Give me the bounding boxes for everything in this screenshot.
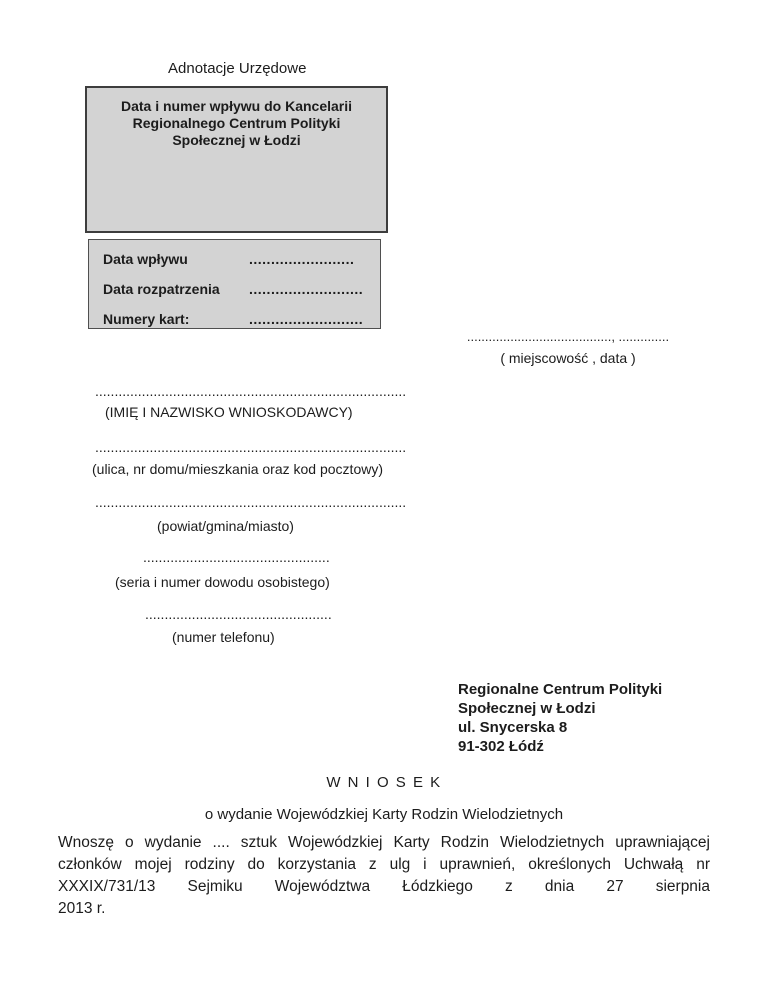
phone-caption: (numer telefonu) (172, 629, 275, 645)
address-blank-line: ........................................… (95, 439, 406, 455)
address-caption: (ulica, nr domu/mieszkania oraz kod pocz… (92, 461, 383, 477)
dates-box: Data wpływu ........................ Dat… (88, 239, 381, 329)
recipient-address-line: 91-302 Łódź (458, 737, 662, 756)
body-paragraph: Wnoszę o wydanie .... sztuk Wojewódzkiej… (58, 832, 710, 920)
applicant-name-blank-line: ........................................… (95, 383, 406, 399)
place-date-caption: ( miejscowość , data ) (447, 350, 689, 366)
phone-blank-line: ........................................… (145, 606, 332, 622)
dates-row-blank: .......................... (249, 311, 363, 341)
document-page: Adnotacje Urzędowe Data i numer wpływu d… (0, 0, 768, 994)
district-caption: (powiat/gmina/miasto) (157, 518, 294, 534)
document-subtitle: o wydanie Wojewódzkiej Karty Rodzin Wiel… (0, 806, 768, 823)
document-title: W N I O S E K (0, 774, 768, 791)
dates-row-label: Numery kart: (103, 311, 249, 341)
office-stamp-box: Data i numer wpływu do Kancelarii Region… (85, 86, 388, 233)
applicant-name-caption: (IMIĘ I NAZWISKO WNIOSKODAWCY) (105, 404, 353, 420)
recipient-address-line: Społecznej w Łodzi (458, 699, 662, 718)
recipient-address-line: ul. Snycerska 8 (458, 718, 662, 737)
dates-row-blank: ........................ (249, 251, 354, 281)
place-date-blank-line: ........................................… (447, 329, 689, 344)
place-date-block: ........................................… (447, 329, 689, 366)
dates-row-numery-kart: Numery kart: .......................... (103, 311, 380, 341)
stamp-box-title-line: Społecznej w Łodzi (87, 132, 386, 149)
dates-row-data-wplywu: Data wpływu ........................ (103, 251, 380, 281)
dates-row-label: Data wpływu (103, 251, 249, 281)
dates-row-label: Data rozpatrzenia (103, 281, 249, 311)
body-paragraph-line: 2013 r. (58, 898, 710, 920)
id-number-blank-line: ........................................… (143, 549, 330, 565)
annotations-label: Adnotacje Urzędowe (168, 60, 306, 77)
dates-row-blank: .......................... (249, 281, 363, 311)
stamp-box-title: Data i numer wpływu do Kancelarii Region… (87, 98, 386, 149)
recipient-address-block: Regionalne Centrum Polityki Społecznej w… (458, 680, 662, 756)
recipient-address-line: Regionalne Centrum Polityki (458, 680, 662, 699)
body-paragraph-line: Wnoszę o wydanie .... sztuk Wojewódzkiej… (58, 832, 710, 854)
stamp-box-title-line: Data i numer wpływu do Kancelarii (87, 98, 386, 115)
district-blank-line: ........................................… (95, 494, 406, 510)
id-number-caption: (seria i numer dowodu osobistego) (115, 574, 330, 590)
dates-row-data-rozpatrzenia: Data rozpatrzenia ......................… (103, 281, 380, 311)
body-paragraph-line: członków mojej rodziny do korzystania z … (58, 854, 710, 876)
body-paragraph-line: XXXIX/731/13 Sejmiku Województwa Łódzkie… (58, 876, 710, 898)
stamp-box-title-line: Regionalnego Centrum Polityki (87, 115, 386, 132)
